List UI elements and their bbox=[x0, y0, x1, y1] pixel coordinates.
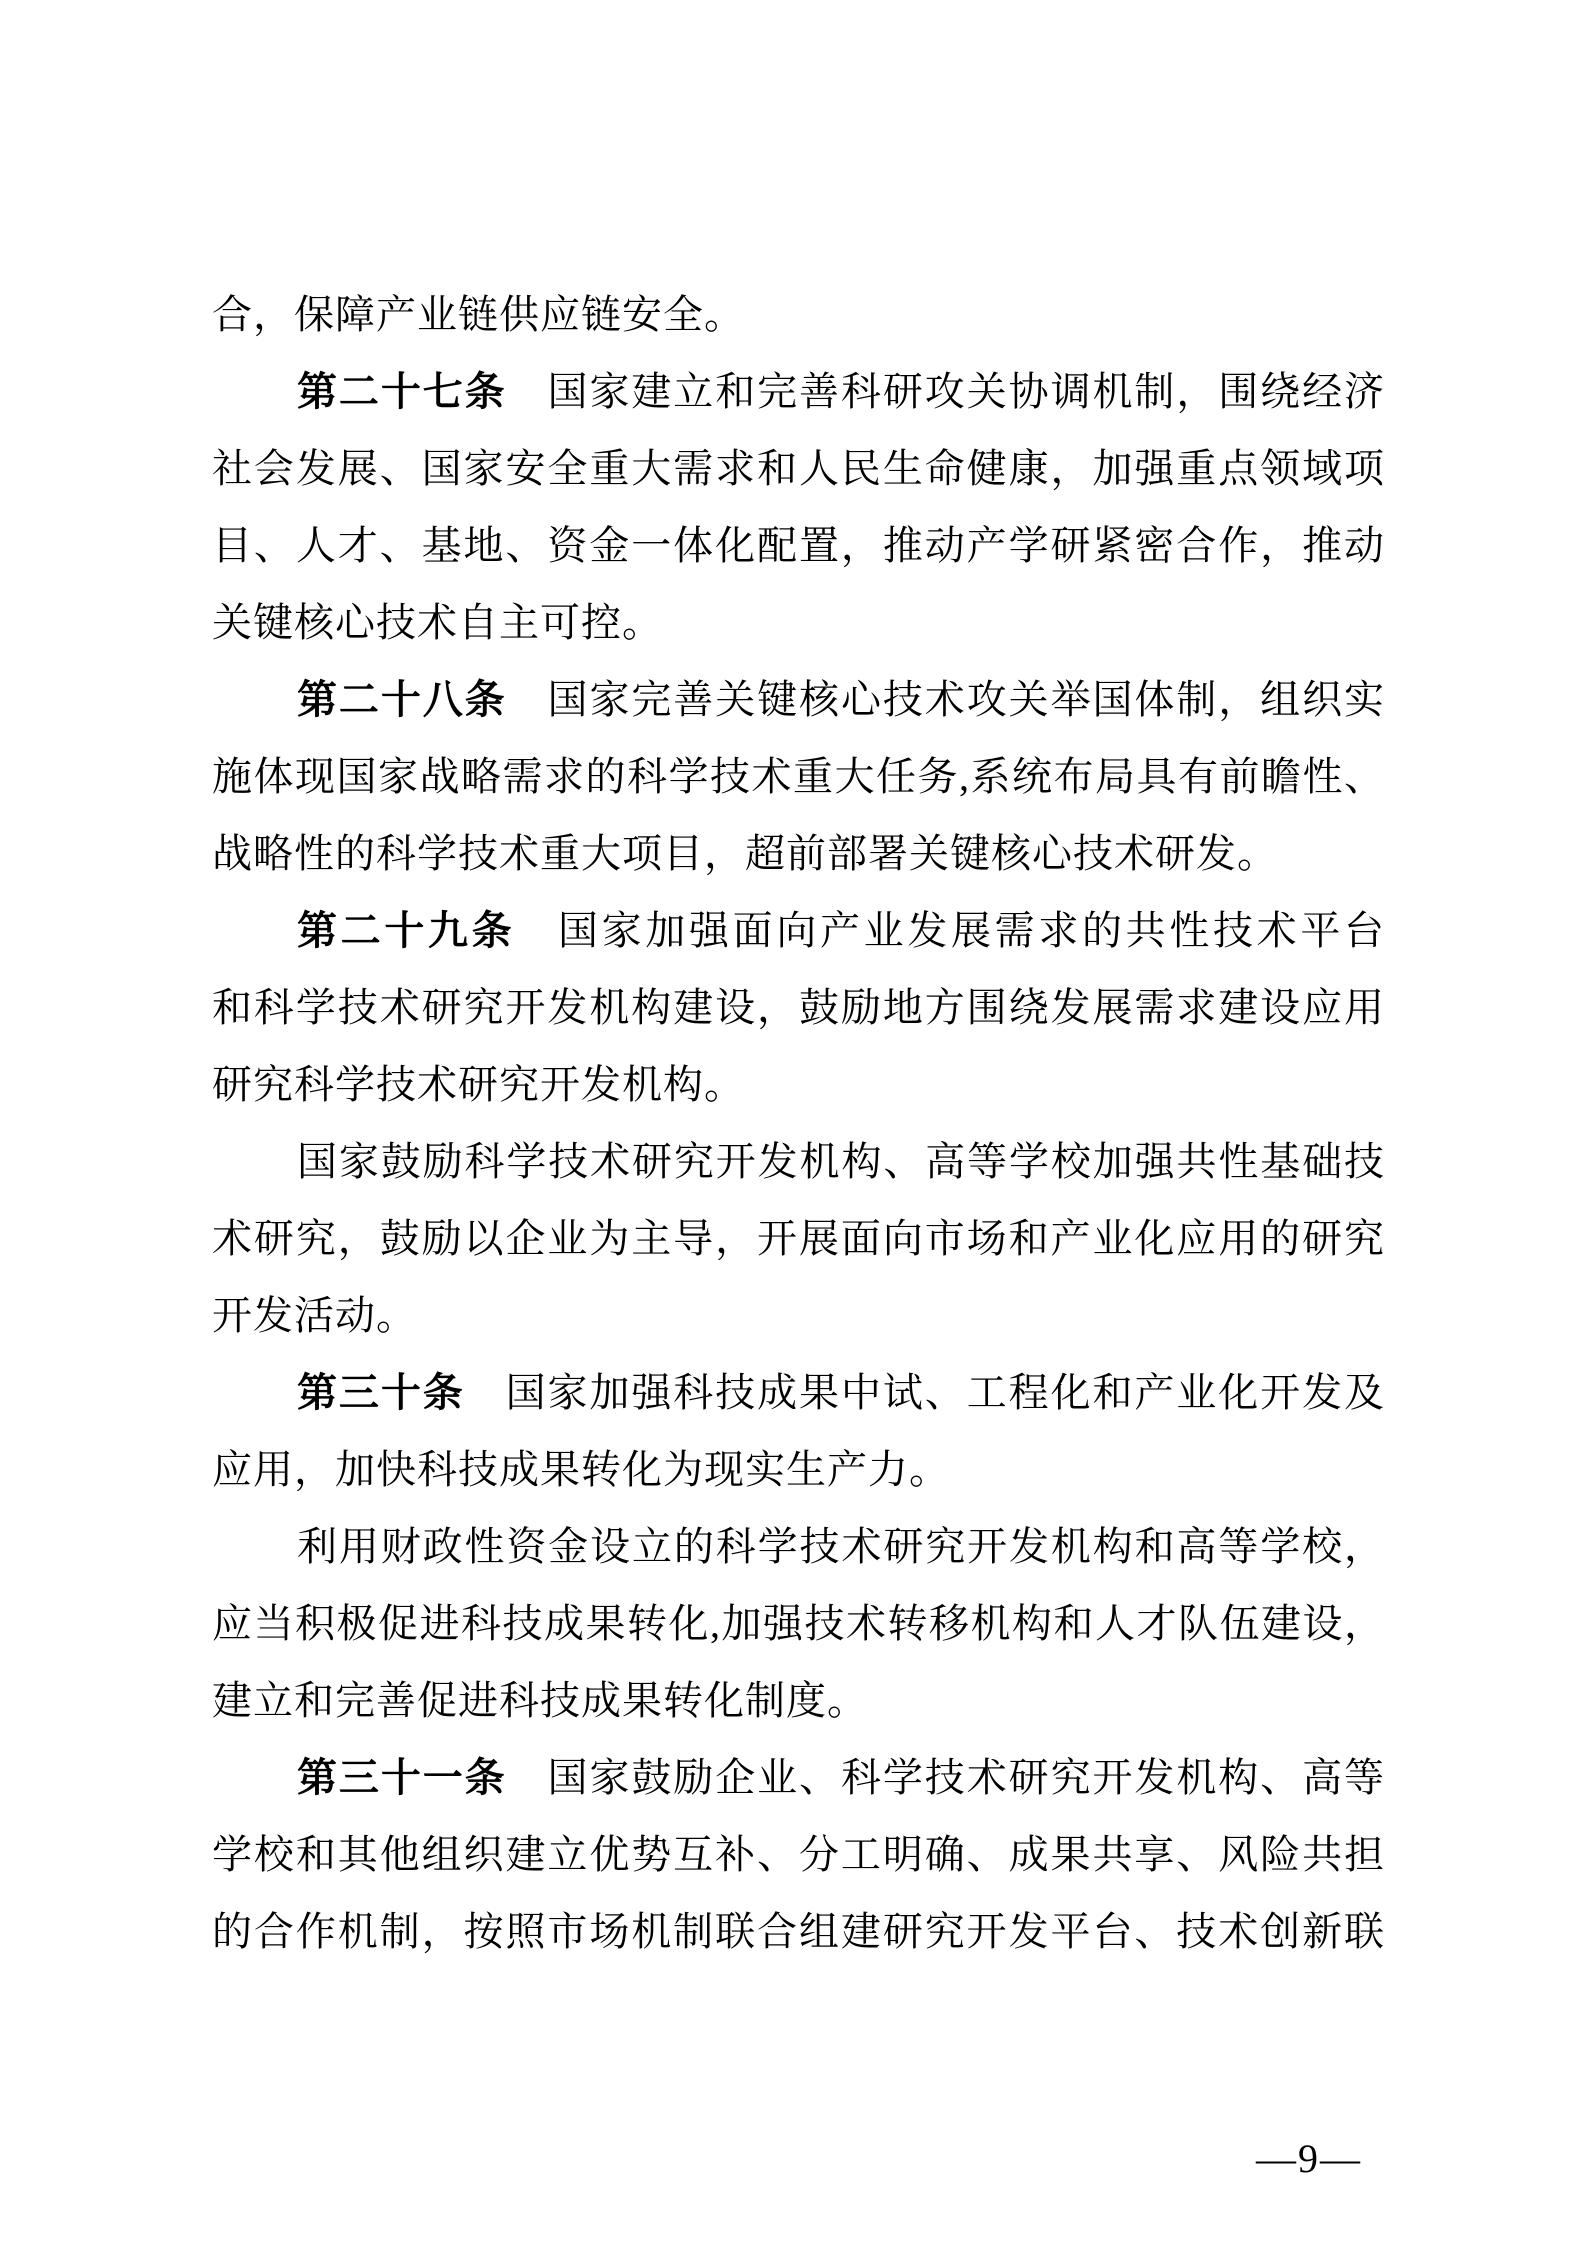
line-text: 利用财政性资金设立的科学技术研究开发机构和高等学校， bbox=[297, 1524, 1385, 1569]
article-heading-line: 第三十一条国家鼓励企业、科学技术研究开发机构、高等 bbox=[212, 1739, 1385, 1816]
text-line: 国家鼓励科学技术研究开发机构、高等学校加强共性基础技 bbox=[212, 1123, 1385, 1200]
article-number: 第二十八条 bbox=[297, 678, 507, 722]
text-line: 利用财政性资金设立的科学技术研究开发机构和高等学校， bbox=[212, 1508, 1385, 1585]
article-heading-line: 第三十条国家加强科技成果中试、工程化和产业化开发及 bbox=[212, 1354, 1385, 1431]
line-text: 建立和完善促进科技成果转化制度。 bbox=[212, 1678, 868, 1723]
line-text: 应当积极促进科技成果转化,加强技术转移机构和人才队伍建设， bbox=[212, 1601, 1385, 1646]
text-line: 研究科学技术研究开发机构。 bbox=[212, 1046, 1385, 1123]
line-text: 的合作机制，按照市场机制联合组建研究开发平台、技术创新联 bbox=[212, 1909, 1385, 1954]
document-body: 合，保障产业链供应链安全。第二十七条国家建立和完善科研攻关协调机制，围绕经济社会… bbox=[212, 276, 1385, 1970]
line-text: 开发活动。 bbox=[212, 1293, 417, 1338]
article-number: 第三十一条 bbox=[297, 1756, 507, 1800]
article-heading-line: 第二十九条国家加强面向产业发展需求的共性技术平台 bbox=[212, 892, 1385, 969]
line-text: 施体现国家战略需求的科学技术重大任务,系统布局具有前瞻性、 bbox=[212, 754, 1385, 799]
line-text: 合，保障产业链供应链安全。 bbox=[212, 292, 745, 337]
line-text: 国家完善关键核心技术攻关举国体制，组织实 bbox=[547, 677, 1385, 722]
line-text: 学校和其他组织建立优势互补、分工明确、成果共享、风险共担 bbox=[212, 1832, 1385, 1877]
line-text: 和科学技术研究开发机构建设，鼓励地方围绕发展需求建设应用 bbox=[212, 985, 1385, 1030]
text-line: 建立和完善促进科技成果转化制度。 bbox=[212, 1662, 1385, 1739]
line-text: 战略性的科学技术重大项目，超前部署关键核心技术研发。 bbox=[212, 831, 1278, 876]
text-line: 施体现国家战略需求的科学技术重大任务,系统布局具有前瞻性、 bbox=[212, 738, 1385, 815]
text-line: 合，保障产业链供应链安全。 bbox=[212, 276, 1385, 353]
article-number: 第二十九条 bbox=[297, 909, 515, 953]
line-text: 目、人才、基地、资金一体化配置，推动产学研紧密合作，推动 bbox=[212, 523, 1385, 568]
text-line: 应当积极促进科技成果转化,加强技术转移机构和人才队伍建设， bbox=[212, 1585, 1385, 1662]
article-heading-line: 第二十七条国家建立和完善科研攻关协调机制，围绕经济 bbox=[212, 353, 1385, 430]
text-line: 和科学技术研究开发机构建设，鼓励地方围绕发展需求建设应用 bbox=[212, 969, 1385, 1046]
line-text: 研究科学技术研究开发机构。 bbox=[212, 1062, 745, 1107]
line-text: 应用，加快科技成果转化为现实生产力。 bbox=[212, 1447, 950, 1492]
line-text: 国家鼓励企业、科学技术研究开发机构、高等 bbox=[547, 1755, 1385, 1800]
article-number: 第二十七条 bbox=[297, 370, 507, 414]
text-line: 学校和其他组织建立优势互补、分工明确、成果共享、风险共担 bbox=[212, 1816, 1385, 1893]
text-line: 应用，加快科技成果转化为现实生产力。 bbox=[212, 1431, 1385, 1508]
page-number: —9— bbox=[1256, 2136, 1362, 2182]
text-line: 的合作机制，按照市场机制联合组建研究开发平台、技术创新联 bbox=[212, 1893, 1385, 1970]
line-text: 国家加强科技成果中试、工程化和产业化开发及 bbox=[505, 1370, 1385, 1415]
text-line: 关键核心技术自主可控。 bbox=[212, 584, 1385, 661]
line-text: 国家加强面向产业发展需求的共性技术平台 bbox=[555, 908, 1385, 953]
text-line: 开发活动。 bbox=[212, 1277, 1385, 1354]
text-line: 战略性的科学技术重大项目，超前部署关键核心技术研发。 bbox=[212, 815, 1385, 892]
line-text: 社会发展、国家安全重大需求和人民生命健康，加强重点领域项 bbox=[212, 446, 1385, 491]
text-line: 目、人才、基地、资金一体化配置，推动产学研紧密合作，推动 bbox=[212, 507, 1385, 584]
line-text: 术研究，鼓励以企业为主导，开展面向市场和产业化应用的研究 bbox=[212, 1216, 1385, 1261]
text-line: 术研究，鼓励以企业为主导，开展面向市场和产业化应用的研究 bbox=[212, 1200, 1385, 1277]
line-text: 关键核心技术自主可控。 bbox=[212, 600, 663, 645]
article-heading-line: 第二十八条国家完善关键核心技术攻关举国体制，组织实 bbox=[212, 661, 1385, 738]
line-text: 国家建立和完善科研攻关协调机制，围绕经济 bbox=[547, 369, 1385, 414]
text-line: 社会发展、国家安全重大需求和人民生命健康，加强重点领域项 bbox=[212, 430, 1385, 507]
article-number: 第三十条 bbox=[297, 1371, 465, 1415]
document-page: 合，保障产业链供应链安全。第二十七条国家建立和完善科研攻关协调机制，围绕经济社会… bbox=[0, 0, 1587, 2245]
line-text: 国家鼓励科学技术研究开发机构、高等学校加强共性基础技 bbox=[297, 1139, 1385, 1184]
